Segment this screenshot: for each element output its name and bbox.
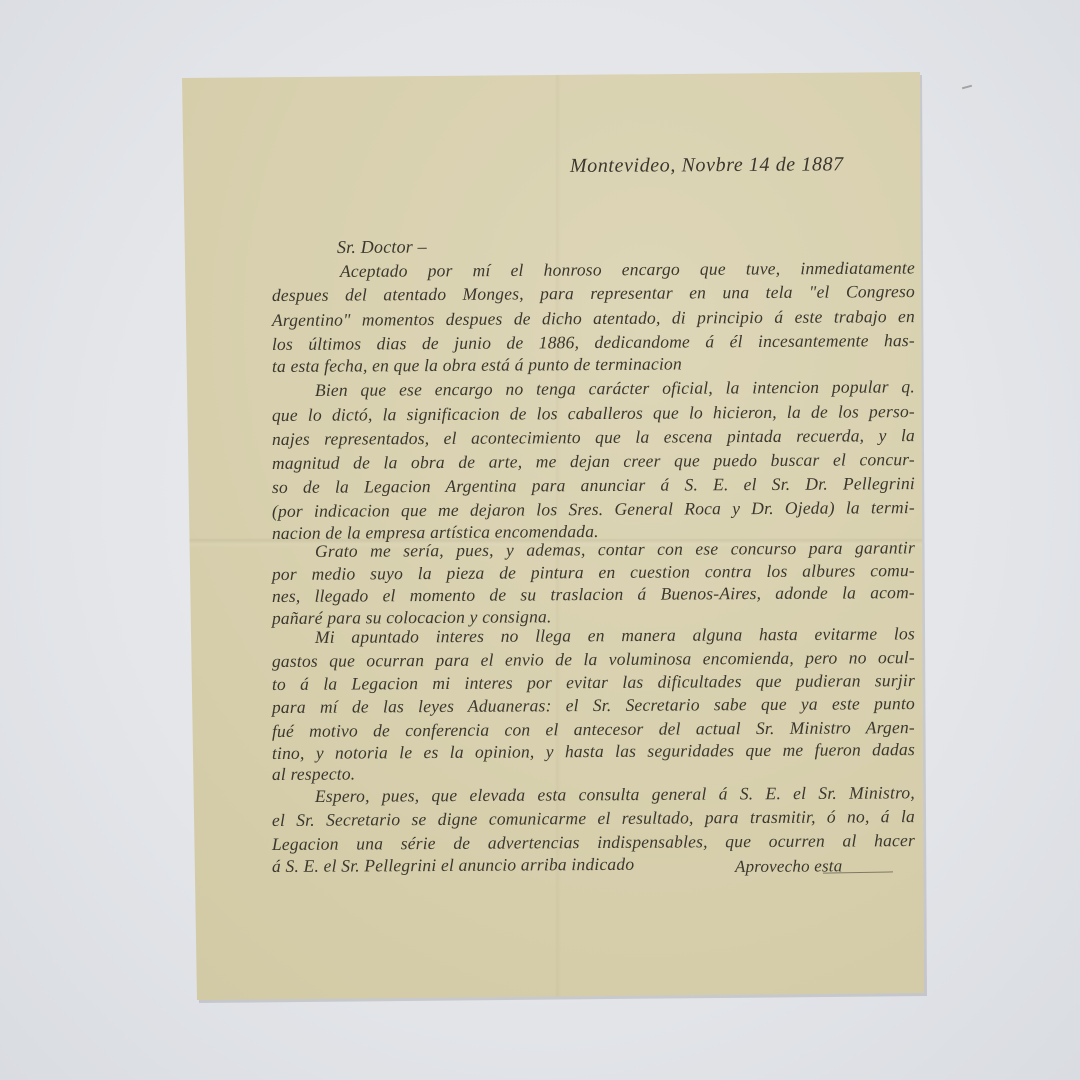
letter-line-25: el Sr. Secretario se digne comunicarme e…: [272, 808, 915, 829]
letter-line-15: nes, llegado el momento de su traslacion…: [272, 584, 915, 605]
letter-body: Montevideo, Novbre 14 de 1887 Sr. Doctor…: [0, 0, 1080, 1080]
letter-line-10: so de la Legacion Argentina para anuncia…: [272, 475, 915, 496]
letter-line-24: Espero, pues, que elevada esta consulta …: [315, 784, 915, 805]
letter-line-26: Legacion una série de advertencias indis…: [272, 832, 915, 853]
letter-line-6: Bien que ese encargo no tenga carácter o…: [315, 378, 915, 399]
letter-line-16: pañaré para su colocacion y consigna.: [272, 608, 552, 627]
letter-line-23: al respecto.: [272, 765, 356, 783]
letter-line-20: para mí de las leyes Aduaneras: el Sr. S…: [272, 695, 915, 716]
letter-line-19: to á la Legacion mi interes por evitar l…: [272, 672, 915, 693]
date-line: Montevideo, Novbre 14 de 1887: [570, 154, 844, 176]
letter-line-21: fué motivo de conferencia con el anteces…: [272, 719, 915, 740]
letter-line-18: gastos que ocurran para el envio de la v…: [272, 649, 915, 670]
letter-line-2: despues del atentado Monges, para repres…: [272, 283, 915, 304]
letter-line-4: los últimos dias de junio de 1886, dedic…: [272, 332, 915, 353]
letter-line-17: Mi apuntado interes no llega en manera a…: [315, 625, 915, 646]
letter-line-9: magnitud de la obra de arte, me dejan cr…: [272, 451, 915, 472]
closing-flourish: [823, 871, 893, 873]
letter-line-1: Aceptado por mí el honroso encargo que t…: [340, 259, 915, 280]
letter-line-13: Grato me sería, pues, y ademas, contar c…: [315, 539, 915, 560]
letter-line-8: najes representados, el acontecimiento q…: [272, 427, 915, 448]
letter-line-14: por medio suyo la pieza de pintura en cu…: [272, 562, 915, 583]
letter-line-11: (por indicacion que me dejaron los Sres.…: [272, 499, 915, 520]
letter-line-5: ta esta fecha, en que la obra está á pun…: [272, 355, 682, 375]
letter-line-7: que lo dictó, la significacion de los ca…: [272, 403, 915, 424]
salutation: Sr. Doctor –: [337, 237, 427, 256]
letter-line-27: á S. E. el Sr. Pellegrini el anuncio arr…: [272, 856, 634, 876]
letter-line-22: tino, y notoria le es la opinion, y hast…: [272, 741, 915, 762]
letter-line-3: Argentino" momentos despues de dicho ate…: [272, 308, 915, 329]
